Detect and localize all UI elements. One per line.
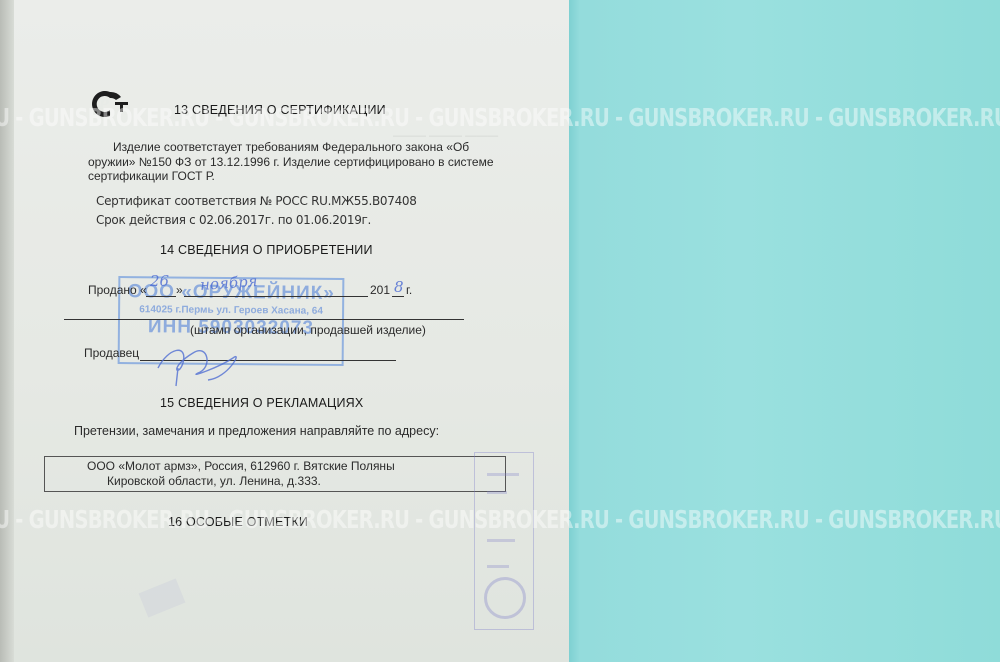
certificate-validity: Срок действия с 02.06.2017г. по 01.06.20…: [96, 213, 371, 227]
svg-text:P: P: [98, 98, 110, 113]
teal-cover-page: [568, 0, 1000, 662]
month-underline: [184, 296, 368, 297]
seller-label: Продавец: [84, 346, 139, 360]
page-edge: [0, 0, 14, 662]
paragraph-line-1: Изделие соответстaует требованиям Федера…: [88, 140, 512, 155]
sold-label: Продано «: [88, 283, 147, 297]
year-suffix: г.: [406, 283, 412, 297]
year-underline: [392, 296, 404, 297]
rst-certification-logo-icon: P: [88, 88, 132, 120]
section-13-paragraph: Изделие соответстaует требованиям Федера…: [88, 140, 512, 184]
address-line-2: Кировской области, ул. Ленина, д.333.: [107, 474, 321, 488]
seller-signature: [148, 338, 258, 388]
stamp-line: [64, 319, 464, 320]
section-13-title: 13 СВЕДЕНИЯ О СЕРТИФИКАЦИИ: [174, 103, 386, 117]
section-16-title: 16 ОСОБЫЕ ОТМЕТКИ: [168, 515, 308, 529]
paragraph-line-2: оружии» №150 ФЗ от 13.12.1996 г. Изделие…: [88, 155, 512, 170]
sold-quote-close: »: [176, 283, 183, 297]
section-15-title: 15 СВЕДЕНИЯ О РЕКЛАМАЦИЯХ: [160, 396, 363, 410]
year-prefix: 201: [370, 283, 390, 297]
paragraph-line-3: сертификации ГОСТ Р.: [88, 169, 512, 184]
address-line-1: ООО «Молот армз», Россия, 612960 г. Вятс…: [87, 459, 395, 473]
handwritten-year-digit: 8: [394, 278, 404, 296]
stamp-caption: (штамп организации, продавшей изделие): [190, 323, 426, 337]
certificate-number: Сертификат соответствия № РОСС RU.МЖ55.В…: [96, 194, 417, 208]
faint-qc-stamp: [474, 452, 534, 630]
stamp-address: 614025 г.Пермь ул. Героев Хасана, 64: [120, 304, 342, 317]
handwritten-day: 26: [150, 272, 169, 290]
day-underline: [146, 296, 176, 297]
claims-intro: Претензии, замечания и предложения напра…: [74, 424, 439, 438]
section-14-title: 14 СВЕДЕНИЯ О ПРИОБРЕТЕНИИ: [160, 243, 373, 257]
manufacturer-address-box: ООО «Молот армз», Россия, 612960 г. Вятс…: [44, 456, 506, 492]
